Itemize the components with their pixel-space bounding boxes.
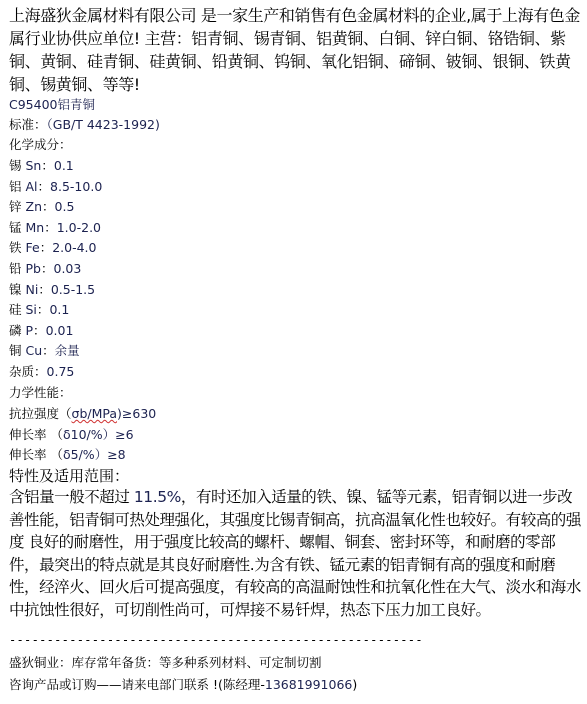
footer-stock-line: 盛狄铜业：库存常年备货：等多种系列材料、可定制切割 <box>9 655 322 671</box>
footer-contact-line: 咨询产品或订购——请来电部门联系 !(陈经理-13681991066) <box>9 677 357 693</box>
mech-label: 抗拉强度（ <box>9 406 72 421</box>
element-row: 铝 Al：8.5-10.0 <box>9 179 102 195</box>
element-cn: 锡 <box>9 158 22 173</box>
impurity-value: 0.75 <box>47 364 75 379</box>
features-paragraph: 含铝量一般不超过 11.5%，有时还加入适量的铁、镍、锰等元素，铝青铜以进一步改… <box>9 486 581 621</box>
mech-value: )≥630 <box>117 406 156 421</box>
element-symbol: Ni <box>26 282 39 297</box>
element-colon: ： <box>41 158 54 173</box>
element-colon: ： <box>38 179 51 194</box>
element-cn: 铜 <box>9 343 22 358</box>
contact-end: ) <box>352 677 357 692</box>
element-row: 锰 Mn：1.0-2.0 <box>9 220 101 236</box>
element-colon: ： <box>33 323 46 338</box>
element-colon: ： <box>37 302 50 317</box>
element-row: 锡 Sn：0.1 <box>9 158 74 174</box>
element-value: 1.0-2.0 <box>57 220 101 235</box>
element-row: 磷 P：0.01 <box>9 323 73 339</box>
mech-value: ）≥8 <box>95 447 126 462</box>
para-text: 含铝量一般不超过 <box>9 488 134 506</box>
product-title: C95400铝青铜 <box>9 97 95 113</box>
chem-heading: 化学成分： <box>9 137 72 153</box>
contact-text: 咨询产品或订购——请来电部门联系 !(陈经理- <box>9 677 265 692</box>
product-title-text: C95400铝青铜 <box>9 97 95 112</box>
element-symbol: Sn <box>26 158 42 173</box>
element-cn: 锰 <box>9 220 22 235</box>
mech-line-tensile: 抗拉强度（σb/MPa)≥630 <box>9 406 156 422</box>
element-value: 0.1 <box>49 302 69 317</box>
element-row: 镍 Ni：0.5-1.5 <box>9 282 95 298</box>
mech-unit: δ5/% <box>63 447 95 462</box>
element-row: 铜 Cu：余量 <box>9 343 80 359</box>
element-colon: ： <box>38 282 51 297</box>
element-value: 8.5-10.0 <box>50 179 102 194</box>
element-cn: 铅 <box>9 261 22 276</box>
element-cn: 铝 <box>9 179 22 194</box>
divider: ----------------------------------------… <box>9 633 423 647</box>
element-colon: ： <box>42 343 55 358</box>
element-colon: ： <box>44 220 57 235</box>
element-cn: 锌 <box>9 199 22 214</box>
element-value: 余量 <box>55 343 80 358</box>
standard-line: 标准：（GB/T 4423-1992) <box>9 117 160 133</box>
company-intro: 上海盛狄金属材料有限公司 是一家生产和销售有色金属材料的企业,属于上海有色金属行… <box>9 4 581 96</box>
element-row: 铁 Fe：2.0-4.0 <box>9 240 97 256</box>
mech-line-elong10: 伸长率 （δ10/%）≥6 <box>9 427 134 443</box>
element-colon: ： <box>41 261 54 276</box>
phone-number: 13681991066 <box>265 677 352 692</box>
element-row: 硅 Si：0.1 <box>9 302 69 318</box>
standard-value: （GB/T 4423-1992) <box>47 117 160 132</box>
element-row: 锌 Zn：0.5 <box>9 199 74 215</box>
element-symbol: Al <box>26 179 38 194</box>
element-value: 0.5-1.5 <box>51 282 95 297</box>
element-symbol: Si <box>26 302 37 317</box>
element-row: 铅 Pb：0.03 <box>9 261 81 277</box>
element-symbol: Cu <box>26 343 43 358</box>
standard-label: 标准： <box>9 117 47 132</box>
element-cn: 硅 <box>9 302 22 317</box>
mech-unit: σb/MPa <box>72 406 118 421</box>
element-cn: 镍 <box>9 282 22 297</box>
element-value: 0.5 <box>55 199 75 214</box>
mech-label: 伸长率 （ <box>9 447 63 462</box>
element-symbol: P <box>26 323 34 338</box>
element-cn: 铁 <box>9 240 22 255</box>
element-symbol: Mn <box>26 220 45 235</box>
element-colon: ： <box>40 240 53 255</box>
element-cn: 磷 <box>9 323 22 338</box>
para-text: ，有时还加入适量的铁、镍、锰等元素，铝青铜以进一步改善性能，铝青铜可热处理强化，… <box>9 488 581 619</box>
mech-value: ）≥6 <box>103 427 134 442</box>
features-heading: 特性及适用范围： <box>9 466 129 486</box>
mech-unit: δ10/% <box>63 427 103 442</box>
impurity-label: 杂质： <box>9 364 47 379</box>
impurity-line: 杂质：0.75 <box>9 364 74 380</box>
mech-label: 伸长率 （ <box>9 427 63 442</box>
element-value: 0.01 <box>46 323 74 338</box>
element-value: 0.03 <box>54 261 82 276</box>
element-value: 2.0-4.0 <box>52 240 96 255</box>
para-number: 11.5% <box>134 488 181 506</box>
element-symbol: Fe <box>26 240 40 255</box>
element-value: 0.1 <box>54 158 74 173</box>
element-colon: ： <box>42 199 55 214</box>
mech-line-elong5: 伸长率 （δ5/%）≥8 <box>9 447 126 463</box>
element-symbol: Zn <box>26 199 43 214</box>
element-symbol: Pb <box>26 261 41 276</box>
mech-heading: 力学性能： <box>9 385 72 401</box>
